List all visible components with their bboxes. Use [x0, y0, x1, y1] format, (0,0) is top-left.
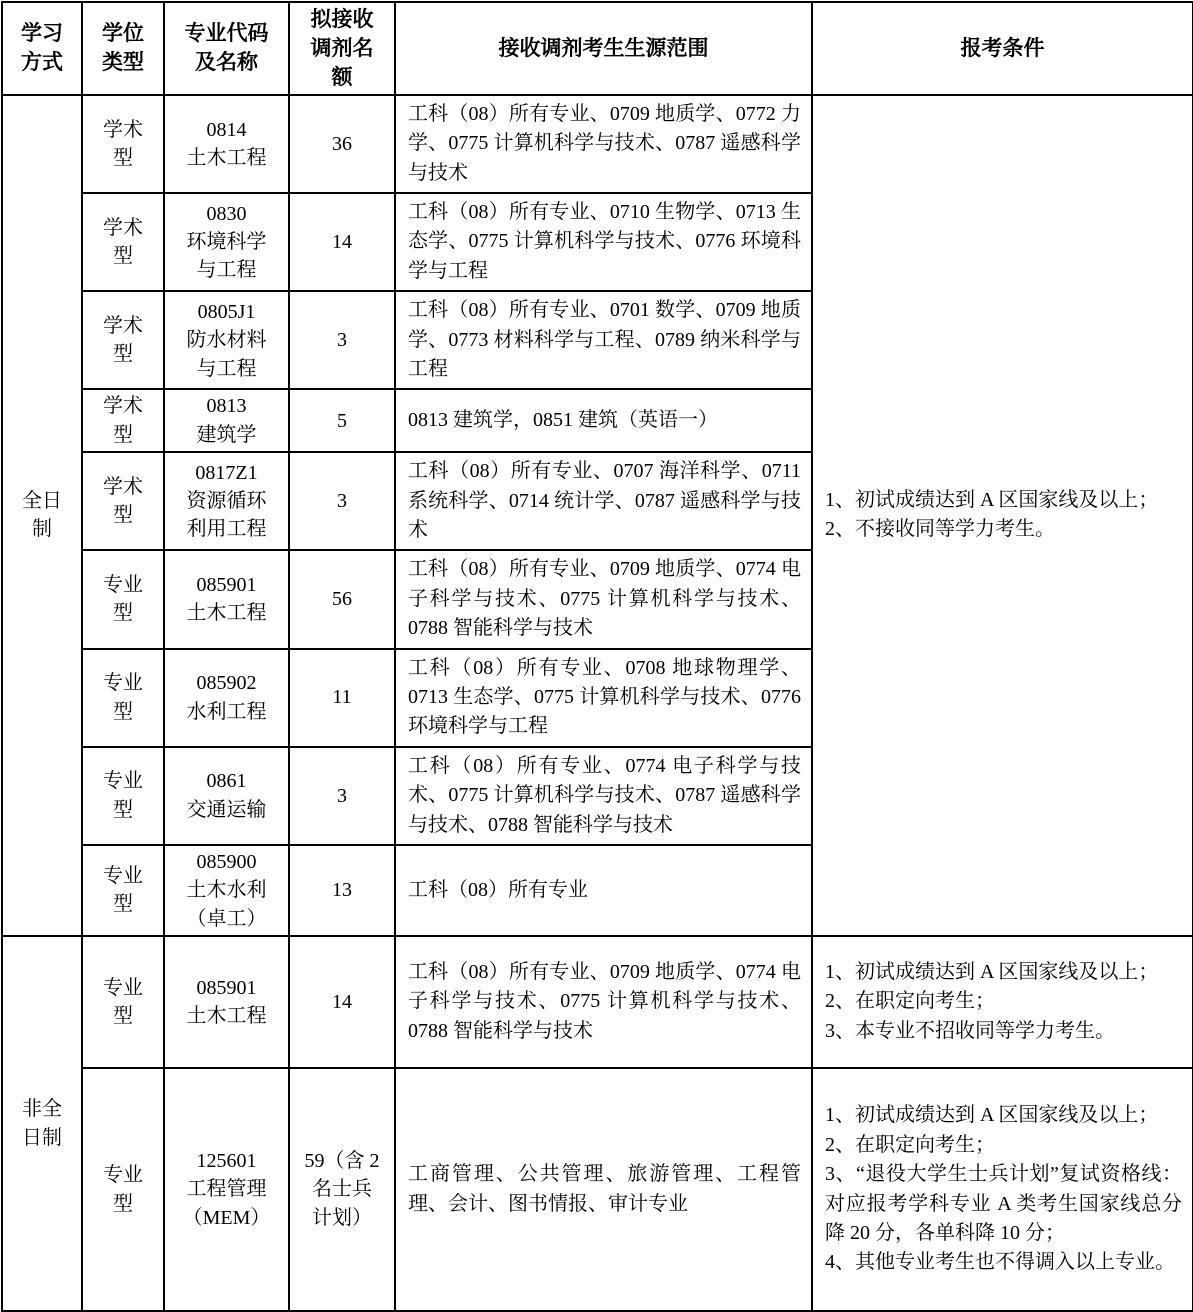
- cell-major: 0813 建筑学: [164, 389, 289, 452]
- table-row: 全日 制 学术 型 0814 土木工程 36 工科（08）所有专业、0709 地…: [2, 95, 1193, 193]
- cell-major: 0830 环境科学 与工程: [164, 193, 289, 291]
- cell-degree-type: 学术 型: [82, 389, 164, 452]
- cell-degree-type: 专业 型: [82, 747, 164, 845]
- cell-source-range: 工科（08）所有专业、0774 电子科学与技术、0775 计算机科学与技术、07…: [395, 747, 812, 845]
- cell-source-range: 工科（08）所有专业、0709 地质学、0774 电子科学与技术、0775 计算…: [395, 550, 812, 648]
- cell-quota: 36: [289, 95, 395, 193]
- cell-degree-type: 学术 型: [82, 95, 164, 193]
- cell-major: 125601 工程管理 （MEM）: [164, 1068, 289, 1311]
- cell-degree-type: 专业 型: [82, 936, 164, 1068]
- cell-quota: 3: [289, 452, 395, 550]
- cell-source-range: 工科（08）所有专业、0710 生物学、0713 生态学、0775 计算机科学与…: [395, 193, 812, 291]
- cell-degree-type: 学术 型: [82, 452, 164, 550]
- table-row: 非全 日制 专业 型 085901 土木工程 14 工科（08）所有专业、070…: [2, 936, 1193, 1068]
- cell-source-range: 0813 建筑学，0851 建筑（英语一）: [395, 389, 812, 452]
- cell-major: 0817Z1 资源循环 利用工程: [164, 452, 289, 550]
- cell-source-range: 工科（08）所有专业、0707 海洋科学、0711 系统科学、0714 统计学、…: [395, 452, 812, 550]
- cell-major: 085901 土木工程: [164, 550, 289, 648]
- header-cell-major-code-name: 专业代码 及名称: [164, 2, 289, 95]
- cell-source-range: 工科（08）所有专业: [395, 845, 812, 936]
- cell-quota: 56: [289, 550, 395, 648]
- cell-conditions-parttime-1: 1、初试成绩达到 A 区国家线及以上； 2、在职定向考生； 3、本专业不招收同等…: [812, 936, 1193, 1068]
- cell-quota: 11: [289, 649, 395, 747]
- cell-degree-type: 专业 型: [82, 550, 164, 648]
- cell-quota: 3: [289, 747, 395, 845]
- cell-major: 0814 土木工程: [164, 95, 289, 193]
- cell-source-range: 工科（08）所有专业、0709 地质学、0772 力学、0775 计算机科学与技…: [395, 95, 812, 193]
- cell-quota: 13: [289, 845, 395, 936]
- document-page: 学习 方式 学位 类型 专业代码 及名称 拟接收 调剂名 额 接收调剂考生生源范…: [0, 0, 1193, 1231]
- cell-quota: 5: [289, 389, 395, 452]
- cell-conditions-fulltime: 1、初试成绩达到 A 区国家线及以上； 2、不接收同等学力考生。: [812, 95, 1193, 936]
- cell-source-range: 工科（08）所有专业、0708 地球物理学、0713 生态学、0775 计算机科…: [395, 649, 812, 747]
- cell-study-mode-parttime: 非全 日制: [2, 936, 82, 1311]
- header-cell-conditions: 报考条件: [812, 2, 1193, 95]
- transfer-quota-table: 学习 方式 学位 类型 专业代码 及名称 拟接收 调剂名 额 接收调剂考生生源范…: [1, 1, 1193, 1312]
- cell-degree-type: 学术 型: [82, 193, 164, 291]
- cell-major: 085901 土木工程: [164, 936, 289, 1068]
- cell-degree-type: 专业 型: [82, 1068, 164, 1311]
- header-cell-degree-type: 学位 类型: [82, 2, 164, 95]
- table-row: 专业 型 125601 工程管理 （MEM） 59（含 2 名士兵 计划） 工商…: [2, 1068, 1193, 1311]
- cell-source-range: 工科（08）所有专业、0709 地质学、0774 电子科学与技术、0775 计算…: [395, 936, 812, 1068]
- cell-quota: 59（含 2 名士兵 计划）: [289, 1068, 395, 1311]
- cell-source-range: 工商管理、公共管理、旅游管理、工程管理、会计、图书情报、审计专业: [395, 1068, 812, 1311]
- cell-conditions-parttime-2: 1、初试成绩达到 A 区国家线及以上； 2、在职定向考生； 3、“退役大学生士兵…: [812, 1068, 1193, 1311]
- cell-quota: 14: [289, 193, 395, 291]
- cell-degree-type: 专业 型: [82, 845, 164, 936]
- cell-quota: 14: [289, 936, 395, 1068]
- cell-quota: 3: [289, 291, 395, 389]
- header-cell-source-range: 接收调剂考生生源范围: [395, 2, 812, 95]
- header-cell-quota: 拟接收 调剂名 额: [289, 2, 395, 95]
- header-row: 学习 方式 学位 类型 专业代码 及名称 拟接收 调剂名 额 接收调剂考生生源范…: [2, 2, 1193, 95]
- cell-degree-type: 学术 型: [82, 291, 164, 389]
- cell-major: 0805J1 防水材料 与工程: [164, 291, 289, 389]
- cell-source-range: 工科（08）所有专业、0701 数学、0709 地质学、0773 材料科学与工程…: [395, 291, 812, 389]
- cell-study-mode-fulltime: 全日 制: [2, 95, 82, 936]
- cell-degree-type: 专业 型: [82, 649, 164, 747]
- cell-major: 085900 土木水利 （卓工）: [164, 845, 289, 936]
- header-cell-study-mode: 学习 方式: [2, 2, 82, 95]
- cell-major: 0861 交通运输: [164, 747, 289, 845]
- cell-major: 085902 水利工程: [164, 649, 289, 747]
